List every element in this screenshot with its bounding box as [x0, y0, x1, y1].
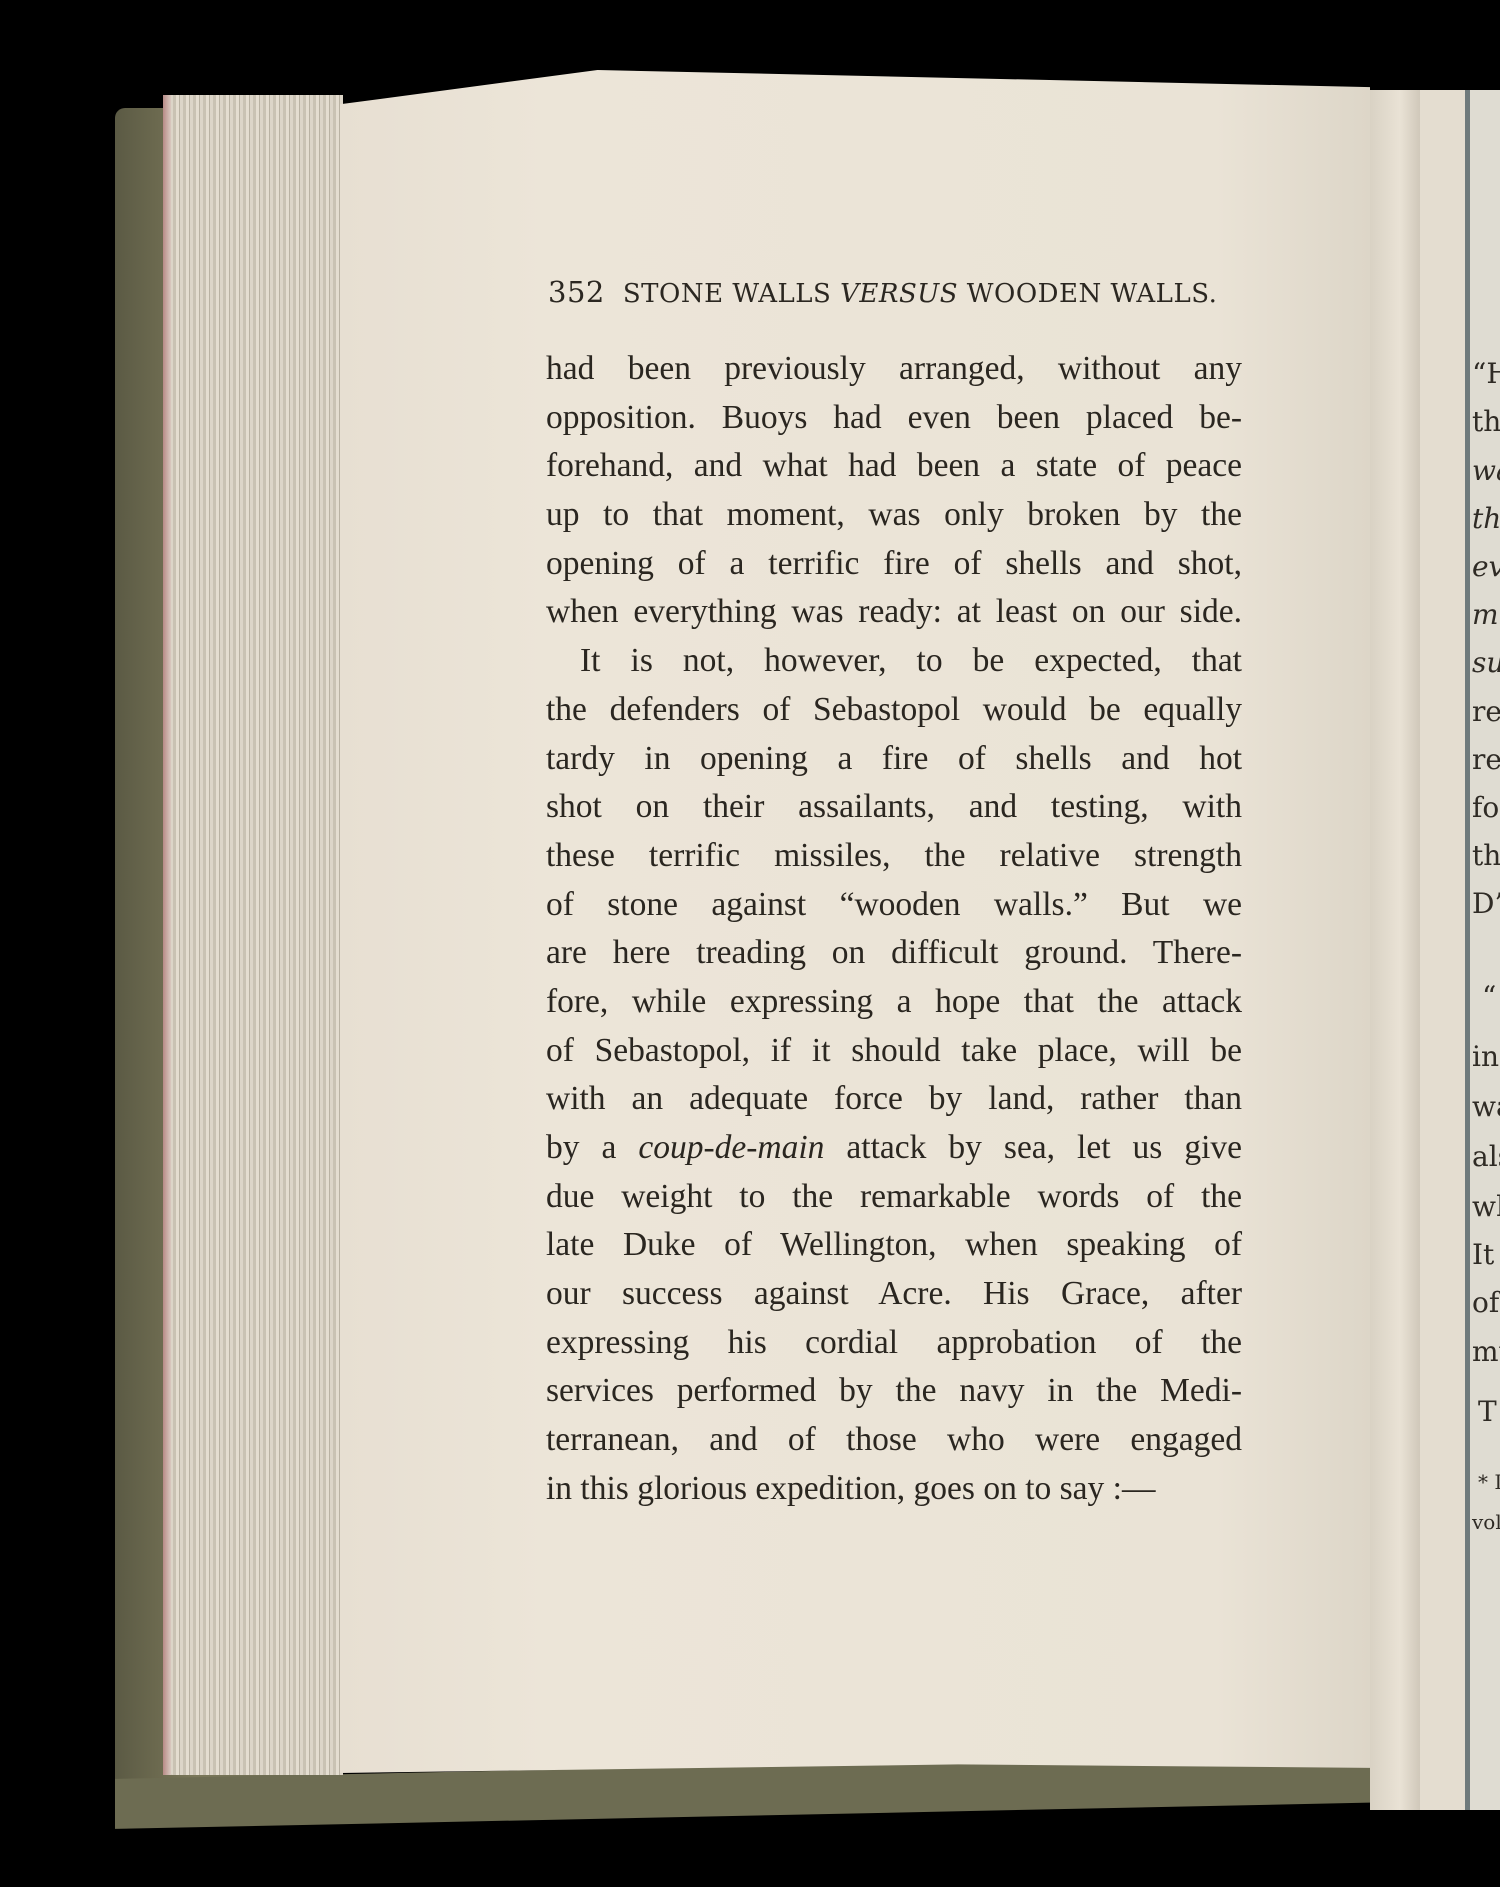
fragment: D’I: [1472, 887, 1500, 920]
text-line: tardy in opening a fire of shells and ho…: [546, 735, 1242, 784]
fragment: was: [1472, 1090, 1500, 1123]
fragment: wan: [1472, 454, 1500, 487]
fragment: also: [1472, 1140, 1500, 1173]
fragment: mus: [1472, 1335, 1500, 1368]
text-line: shot on their assailants, and testing, w…: [546, 783, 1242, 832]
text-line: up to that moment, was only broken by th…: [546, 491, 1242, 540]
text-line: in this glorious expedition, goes on to …: [546, 1465, 1242, 1514]
text-line: these terrific missiles, the relative st…: [546, 832, 1242, 881]
text-line: the defenders of Sebastopol would be equ…: [546, 686, 1242, 735]
page-body: had been previously arranged, without an…: [546, 345, 1242, 1514]
text-line-paragraph-start: It is not, however, to be expected, that: [546, 637, 1242, 686]
text-line: late Duke of Wellington, when speaking o…: [546, 1221, 1242, 1270]
footnote-fragment: vol. I: [1472, 1510, 1500, 1534]
text-line: fore, while expressing a hope that the a…: [546, 978, 1242, 1027]
text-line: our success against Acre. His Grace, aft…: [546, 1270, 1242, 1319]
fragment: “H: [1472, 357, 1500, 390]
running-head-part1: STONE WALLS: [623, 279, 840, 309]
text-line: when everything was ready: at least on o…: [546, 588, 1242, 637]
running-head-italic: VERSUS: [840, 279, 958, 309]
facing-page: “H this wan they even mig suc rece rec f…: [1370, 90, 1500, 1810]
fragment: of: [1472, 1286, 1499, 1319]
fragment: thr: [1472, 839, 1500, 872]
text-line: expressing his cordial approbation of th…: [546, 1319, 1242, 1368]
running-head: 352STONE WALLS VERSUS WOODEN WALLS.: [548, 275, 1248, 309]
page-number: 352: [548, 275, 605, 309]
fragment: mig: [1472, 598, 1500, 631]
fragment: suc: [1472, 646, 1500, 679]
fragment: even: [1472, 550, 1500, 583]
text-line: opening of a terrific fire of shells and…: [546, 540, 1242, 589]
text-line: with an adequate force by land, rather t…: [546, 1075, 1242, 1124]
fragment: T: [1478, 1395, 1497, 1428]
fragment: whi: [1472, 1190, 1500, 1223]
page-stack-edge: [163, 95, 343, 1775]
fragment: they: [1472, 502, 1500, 535]
text-line: had been previously arranged, without an…: [546, 345, 1242, 394]
italic-phrase: coup-de-main: [638, 1129, 824, 1166]
facing-page-text: “H this wan they even mig suc rece rec f…: [1470, 90, 1500, 1810]
text-line: services performed by the navy in the Me…: [546, 1367, 1242, 1416]
text-line: forehand, and what had been a state of p…: [546, 442, 1242, 491]
footnote-fragment: * I: [1478, 1470, 1500, 1494]
running-head-part2: WOODEN WALLS.: [958, 279, 1217, 309]
fragment: rece: [1472, 695, 1500, 728]
text-line-with-italic: by a coup-de-main attack by sea, let us …: [546, 1124, 1242, 1173]
page-fold: [1370, 90, 1420, 1810]
text-line: opposition. Buoys had even been placed b…: [546, 394, 1242, 443]
text-line: of Sebastopol, if it should take place, …: [546, 1027, 1242, 1076]
fragment: this: [1472, 405, 1500, 438]
fragment: “: [1482, 980, 1496, 1013]
text-line: of stone against “wooden walls.” But we: [546, 881, 1242, 930]
text-segment: by a: [546, 1129, 638, 1166]
fragment: fort: [1472, 791, 1500, 824]
text-line: are here treading on difficult ground. T…: [546, 929, 1242, 978]
text-line: terranean, and of those who were engaged: [546, 1416, 1242, 1465]
fragment: It n: [1472, 1238, 1500, 1271]
text-line: due weight to the remarkable words of th…: [546, 1173, 1242, 1222]
text-segment: attack by sea, let us give: [824, 1129, 1242, 1166]
fragment: inst: [1472, 1040, 1500, 1073]
fragment: rec: [1472, 743, 1500, 776]
